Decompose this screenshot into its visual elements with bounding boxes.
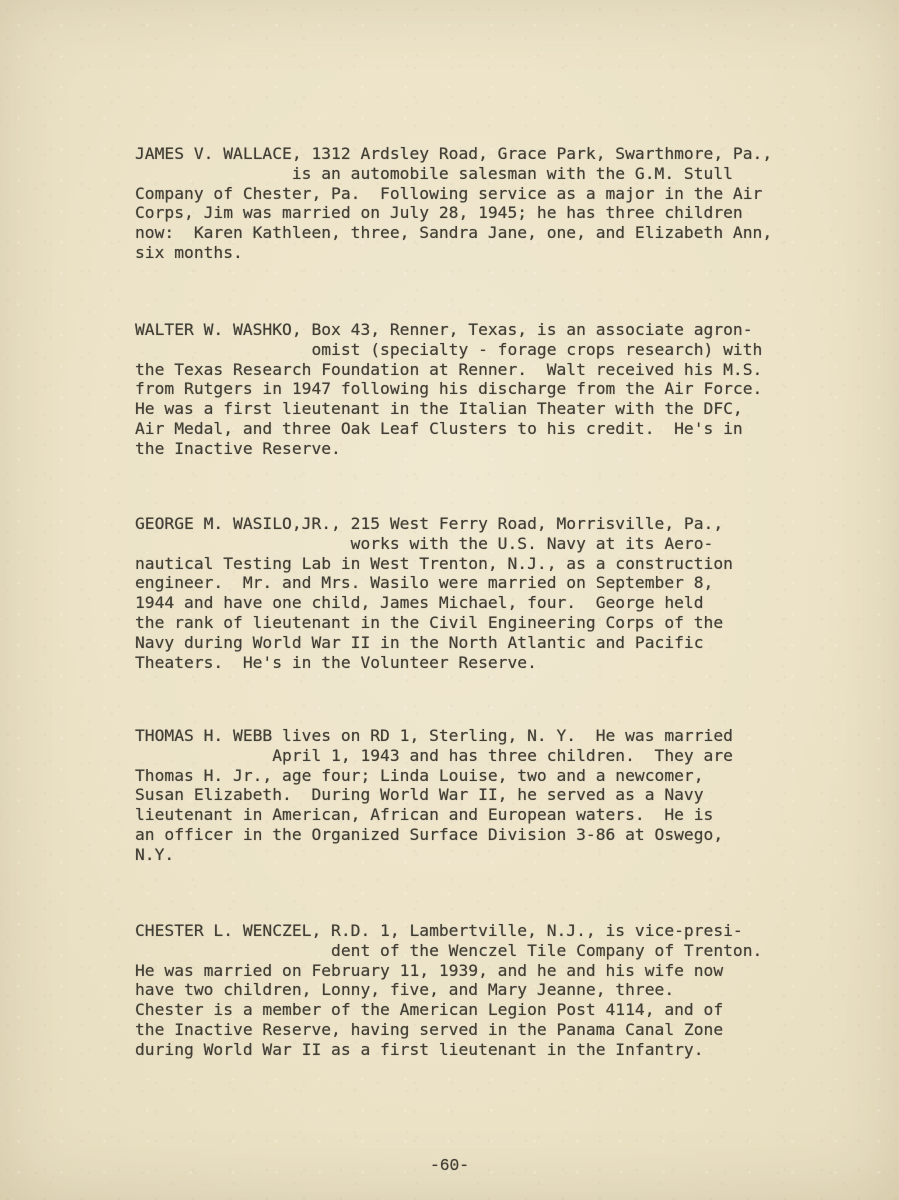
page-number: -60- [0,1156,899,1176]
entry-thomas-h-webb: THOMAS H. WEBB lives on RD 1, Sterling, … [135,726,733,865]
entry-george-m-wasilo-jr: GEORGE M. WASILO,JR., 215 West Ferry Roa… [135,514,733,672]
entry-chester-l-wenczel: CHESTER L. WENCZEL, R.D. 1, Lambertville… [135,921,762,1060]
entry-james-v-wallace: JAMES V. WALLACE, 1312 Ardsley Road, Gra… [135,144,772,263]
entry-walter-w-washko: WALTER W. WASHKO, Box 43, Renner, Texas,… [135,320,762,459]
document-page: JAMES V. WALLACE, 1312 Ardsley Road, Gra… [0,0,899,1200]
